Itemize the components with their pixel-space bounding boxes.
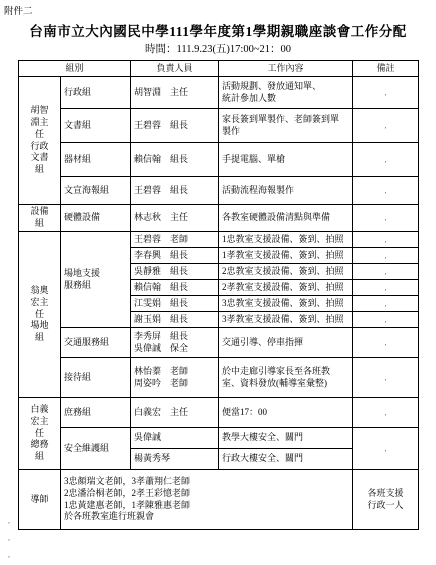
person-cell: 楊黃秀琴	[131, 449, 219, 470]
unit-cell: 文宣海報組	[61, 177, 131, 205]
note-cell: ,	[353, 264, 419, 280]
unit-cell: 文書組	[61, 109, 131, 143]
cell-end-mark: ,	[385, 187, 387, 195]
group-label: 導師	[29, 494, 50, 506]
attachment-label: 附件二	[4, 3, 33, 17]
person-cell: 李春興 組長	[131, 248, 219, 264]
header-group: 組別	[19, 61, 131, 77]
unit-cell: 硬體設備	[61, 205, 131, 232]
work-cell: 2孝教室支援設備、簽到、拍照	[219, 280, 353, 296]
note-cell: ,	[353, 428, 419, 470]
table-row: 胡智淵主任 行政文書組 行政組 胡智淵 主任 活動規劃、發放通知單、 統計參加人…	[19, 77, 419, 109]
time-line: 時間：111.9.23(五)17:00~21：00	[0, 41, 436, 56]
paragraph-mark: ,	[8, 516, 10, 525]
table-row: 文宣海報組 王碧蓉 組長 活動流程海報製作 ,	[19, 177, 419, 205]
note-cell: ,	[353, 358, 419, 398]
person-cell: 江雯娟 組長	[131, 296, 219, 312]
homeroom-teachers-cell: 3忠顏瑞文老師，3孝蕭翔仁老師 2忠潘洽桐老師，2孝王彩憶老師 1忠黃建惠老師，…	[61, 470, 353, 530]
work-cell: 1孝教室支援設備、簽到、拍照	[219, 248, 353, 264]
note-cell: ,	[353, 205, 419, 232]
note-cell: ,	[353, 328, 419, 358]
work-cell: 3孝教室支援設備、簽到、拍照	[219, 312, 353, 328]
work-cell: 交通引導、停車指揮	[219, 328, 353, 358]
cell-end-mark: ,	[385, 339, 387, 347]
note-cell: ,	[353, 296, 419, 312]
cell-end-mark: ,	[385, 409, 387, 417]
group-label-cell: 白義宏主任 總務組	[19, 398, 61, 470]
unit-cell: 安全維護組	[61, 428, 131, 470]
header-work: 工作內容	[219, 61, 353, 77]
cell-end-mark: ,	[385, 374, 387, 382]
group-label: 白義宏主任 總務組	[29, 404, 50, 462]
table-row: 器材組 賴信翰 組長 手提電腦、單槍 ,	[19, 143, 419, 177]
table-row: 導師 3忠顏瑞文老師，3孝蕭翔仁老師 2忠潘洽桐老師，2孝王彩憶老師 1忠黃建惠…	[19, 470, 419, 530]
person-cell: 白義宏 主任	[131, 398, 219, 428]
table-row: 安全維護組 吳偉誠 教學大樓安全、關門 ,	[19, 428, 419, 449]
person-cell: 賴信翰 組長	[131, 143, 219, 177]
group-label: 設備組	[29, 206, 50, 229]
table-row: 文書組 王碧蓉 組長 家長簽到單製作、老師簽到單 製作 ,	[19, 109, 419, 143]
work-cell: 各教室硬體設備清點與準備	[219, 205, 353, 232]
note-cell: ,	[353, 77, 419, 109]
person-cell: 李秀屏 組長 吳偉誠 保全	[131, 328, 219, 358]
work-cell: 3忠教室支援設備、簽到、拍照	[219, 296, 353, 312]
work-cell: 活動流程海報製作	[219, 177, 353, 205]
note-cell: ,	[353, 143, 419, 177]
group-label: 胡智淵主任 行政文書組	[29, 105, 50, 175]
paragraph-mark: ,	[8, 533, 10, 542]
header-note: 備註	[353, 61, 419, 77]
cell-end-mark: ,	[385, 252, 387, 260]
note-cell: ,	[353, 177, 419, 205]
cell-end-mark: ,	[385, 284, 387, 292]
cell-end-mark: ,	[385, 236, 387, 244]
unit-cell: 接待組	[61, 358, 131, 398]
work-assignment-table: 組別 負責人員 工作內容 備註 胡智淵主任 行政文書組 行政組 胡智淵 主任 活…	[18, 60, 419, 530]
person-cell: 王碧蓉 老師	[131, 232, 219, 248]
table-row: 設備組 硬體設備 林志秋 主任 各教室硬體設備清點與準備 ,	[19, 205, 419, 232]
table-row: 翁奧宏主任 場地組 場地支援 服務組 王碧蓉 老師 1忠教室支援設備、簽到、拍照…	[19, 232, 419, 248]
person-cell: 吳偉誠	[131, 428, 219, 449]
person-cell: 林志秋 主任	[131, 205, 219, 232]
document-page: 附件二 台南市立大內國民中學111學年度第1學期親職座談會工作分配 時間：111…	[0, 0, 436, 565]
cell-end-mark: ,	[385, 89, 387, 97]
page-title: 台南市立大內國民中學111學年度第1學期親職座談會工作分配	[0, 20, 436, 40]
work-cell: 教學大樓安全、關門	[219, 428, 353, 449]
table-header-row: 組別 負責人員 工作內容 備註	[19, 61, 419, 77]
paragraph-mark: ,	[8, 550, 10, 559]
group-label-cell: 導師	[19, 470, 61, 530]
work-cell: 於中走廊引導家長至各班教 室、資料發放(輔導室彙整)	[219, 358, 353, 398]
person-cell: 胡智淵 主任	[131, 77, 219, 109]
group-label-cell: 胡智淵主任 行政文書組	[19, 77, 61, 205]
person-cell: 王碧蓉 組長	[131, 109, 219, 143]
unit-cell: 庶務組	[61, 398, 131, 428]
work-cell: 2忠教室支援設備、簽到、拍照	[219, 264, 353, 280]
person-cell: 賴信翰 組長	[131, 280, 219, 296]
header-person: 負責人員	[131, 61, 219, 77]
cell-end-mark: ,	[385, 316, 387, 324]
person-cell: 謝玉娟 組長	[131, 312, 219, 328]
person-cell: 林怡蓁 老師 周姿吟 老師	[131, 358, 219, 398]
work-cell: 家長簽到單製作、老師簽到單 製作	[219, 109, 353, 143]
unit-cell: 場地支援 服務組	[61, 232, 131, 328]
cell-end-mark: ,	[385, 122, 387, 130]
table-row: 接待組 林怡蓁 老師 周姿吟 老師 於中走廊引導家長至各班教 室、資料發放(輔導…	[19, 358, 419, 398]
unit-cell: 器材組	[61, 143, 131, 177]
note-cell: ,	[353, 398, 419, 428]
cell-end-mark: ,	[385, 214, 387, 222]
unit-cell: 交通服務組	[61, 328, 131, 358]
work-cell: 1忠教室支援設備、簽到、拍照	[219, 232, 353, 248]
person-cell: 王碧蓉 組長	[131, 177, 219, 205]
cell-end-mark: ,	[385, 268, 387, 276]
group-label-cell: 設備組	[19, 205, 61, 232]
unit-cell: 行政組	[61, 77, 131, 109]
cell-end-mark: ,	[385, 156, 387, 164]
table-row: 交通服務組 李秀屏 組長 吳偉誠 保全 交通引導、停車指揮 ,	[19, 328, 419, 358]
person-cell: 吳靜雅 組長	[131, 264, 219, 280]
work-cell: 手提電腦、單槍	[219, 143, 353, 177]
table-row: 白義宏主任 總務組 庶務組 白義宏 主任 便當17：00 ,	[19, 398, 419, 428]
note-cell: ,	[353, 232, 419, 248]
cell-end-mark: ,	[385, 445, 387, 453]
note-cell: 各班支援 行政一人	[353, 470, 419, 530]
work-cell: 活動規劃、發放通知單、 統計參加人數	[219, 77, 353, 109]
work-cell: 便當17：00	[219, 398, 353, 428]
group-label: 翁奧宏主任 場地組	[29, 285, 50, 343]
note-cell: ,	[353, 280, 419, 296]
cell-end-mark: ,	[385, 300, 387, 308]
note-cell: ,	[353, 109, 419, 143]
group-label-cell: 翁奧宏主任 場地組	[19, 232, 61, 398]
note-cell: ,	[353, 312, 419, 328]
note-cell: ,	[353, 248, 419, 264]
work-cell: 行政大樓安全、關門	[219, 449, 353, 470]
